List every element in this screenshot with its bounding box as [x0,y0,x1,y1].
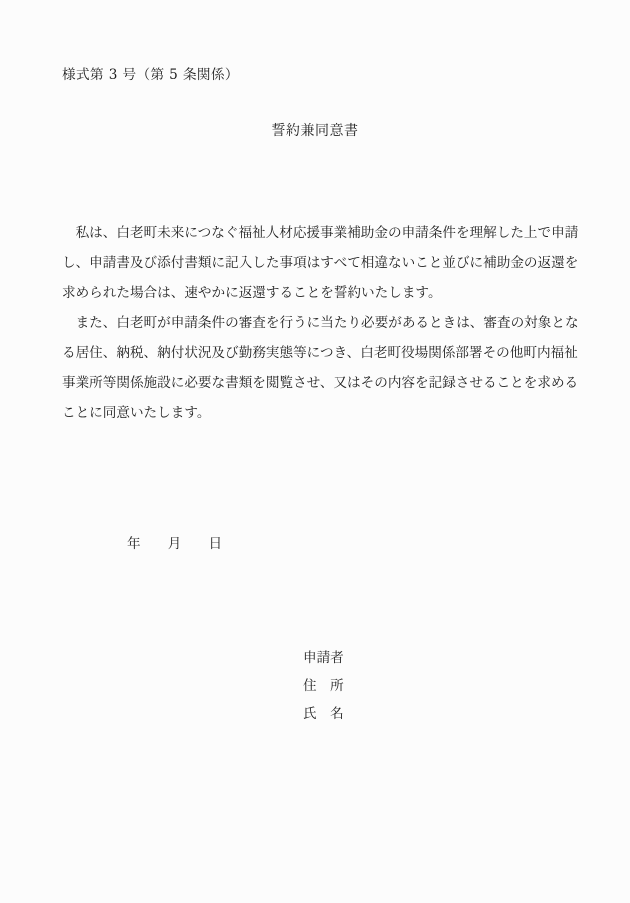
body-line: る居住、納税、納付状況及び勤務実態等につき、白老町役場関係部署その他町内福祉 [62,338,572,368]
body-line: ことに同意いたします。 [62,398,572,428]
body-line: 事業所等関係施設に必要な書類を閲覧させ、又はその内容を記録させることを求める [62,368,572,398]
document-title: 誓約兼同意書 [0,116,630,146]
applicant-label: 申請者 [303,644,344,672]
consent-paragraph: また、白老町が申請条件の審査を行うに当たり必要があるときは、審査の対象とな る居… [62,308,572,428]
date-line: 年 月 日 [127,530,222,558]
body-line: また、白老町が申請条件の審査を行うに当たり必要があるときは、審査の対象とな [62,308,572,338]
form-number: 様式第 3 号（第 5 条関係） [62,60,239,90]
body-text: 私は、白老町未来につなぐ福祉人材応援事業補助金の申請条件を理解した上で申請 し、… [62,218,572,428]
body-line: 求められた場合は、速やかに返還することを誓約いたします。 [62,278,572,308]
document-page: 様式第 3 号（第 5 条関係） 誓約兼同意書 私は、白老町未来につなぐ福祉人材… [0,0,630,903]
pledge-paragraph: 私は、白老町未来につなぐ福祉人材応援事業補助金の申請条件を理解した上で申請 し、… [62,218,572,308]
body-line: し、申請書及び添付書類に記入した事項はすべて相違ないこと並びに補助金の返還を [62,248,572,278]
name-label: 氏 名 [303,700,344,728]
signature-block: 申請者 住 所 氏 名 [303,644,344,728]
body-line: 私は、白老町未来につなぐ福祉人材応援事業補助金の申請条件を理解した上で申請 [62,218,572,248]
address-label: 住 所 [303,672,344,700]
